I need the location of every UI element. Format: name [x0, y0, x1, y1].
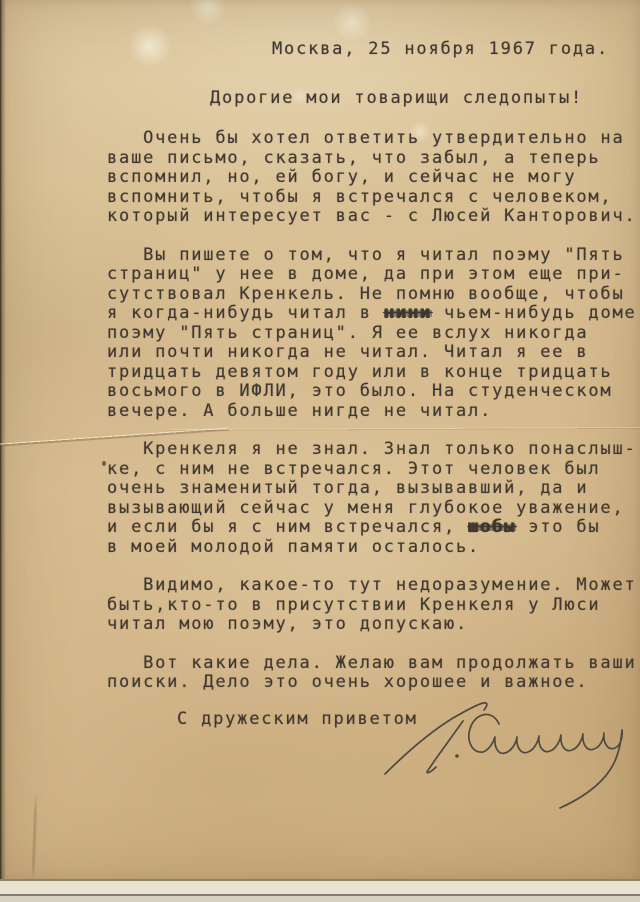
- corner-crease: [31, 792, 37, 880]
- signature-period: [455, 754, 459, 758]
- salutation: Дорогие мои товарищи следопыты!: [210, 89, 640, 109]
- scan-edge-shadow: [0, 0, 6, 881]
- paragraph-text: Вот какие дела. Желаю вам продолжать ваш…: [107, 653, 637, 693]
- paragraph: Кренкеля я не знал. Знал только понаслыш…: [107, 440, 640, 557]
- signature-k-cross: [427, 721, 463, 773]
- under-sheet-shadow: [0, 894, 640, 896]
- paragraph-text: Видимо, какое-то тут недоразумение. Може…: [107, 575, 637, 634]
- paper-speck: [102, 461, 106, 466]
- paragraph: Видимо, какое-то тут недоразумение. Може…: [107, 576, 640, 635]
- paragraph: Очень бы хотел ответить утвердительно на…: [107, 129, 640, 227]
- paragraphs: Очень бы хотел ответить утвердительно на…: [107, 129, 640, 693]
- paragraph-text: Очень бы хотел ответить утвердительно на…: [107, 128, 637, 226]
- paragraph: Вы пишете о том, что я читал поэму "Пять…: [107, 246, 640, 422]
- typed-over-word: нини: [384, 303, 432, 323]
- handwritten-signature: [375, 688, 640, 848]
- signature-surname: [469, 714, 622, 808]
- under-sheet-strip: [0, 881, 640, 894]
- typed-over-word: шобы: [468, 517, 516, 537]
- paragraph: Вот какие дела. Желаю вам продолжать ваш…: [107, 654, 640, 693]
- letter-paper: Москва, 25 ноября 1967 года. Дорогие мои…: [0, 0, 640, 881]
- dateline: Москва, 25 ноября 1967 года.: [272, 40, 640, 60]
- letter-body: Москва, 25 ноября 1967 года. Дорогие мои…: [107, 0, 640, 729]
- signature-k-upstroke: [385, 703, 487, 774]
- under-sheet-edge: [0, 879, 640, 902]
